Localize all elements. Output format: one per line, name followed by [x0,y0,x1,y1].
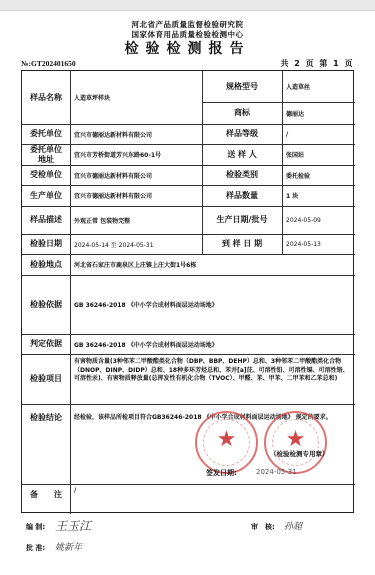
grade-label: 样品等级 [202,124,282,144]
quantity-label: 样品数量 [202,185,282,206]
producer-label: 生产单位 [22,185,70,206]
test-basis-label: 检验依据 [22,275,70,334]
inspected-unit-value: 宜兴市德丽达新材料有限公司 [70,165,202,185]
spec-value: 人造草丝 [282,71,355,102]
test-basis-value: GB 36246-2018 《中小学合成材料面层运动场地》 [70,275,355,334]
issue-date-value: 2024-05-31 [256,468,297,476]
client-address-label-line1: 委托单位 [30,145,62,155]
official-seal-stamp: ★ [195,411,258,474]
arrival-date-value: 2024-05-13 [282,234,355,254]
test-type-label: 检验类别 [202,165,282,185]
viewer-top-bar [0,0,375,11]
location-label: 检验地点 [22,254,70,275]
client-address-label: 委托单位 地址 [22,144,70,165]
reviewer-label: 审 核: [251,522,275,532]
report-table: 样品名称 人造草坪样块 规格型号 人造草丝 商标 德丽达 委托单位 宜兴市德丽达… [21,70,354,513]
remarks-label: 备 注 [22,484,70,514]
approver-label: 批 准: [26,543,45,553]
spec-label: 规格型号 [202,71,282,102]
description-label: 样品描述 [22,206,70,234]
grade-value: / [282,124,355,144]
brand-value: 德丽达 [282,102,355,124]
brand-label: 商标 [202,102,282,124]
test-items-value: 有害物质含量(3种邻苯二甲酸酯类化合物（DBP、BBP、DEHP）总和、3种邻苯… [70,354,355,404]
report-title: 检验检测报告 [0,38,375,58]
client-value: 宜兴市德丽达新材料有限公司 [70,124,202,144]
issue-date-label: 签发日期: [206,468,237,478]
sender-label: 送 样 人 [202,144,282,165]
producer-value: 宜兴市德丽达新材料有限公司 [70,185,202,206]
description-value: 外观正常 包装物完整 [70,206,202,234]
remarks-value: / [70,484,355,514]
conclusion-label: 检验结论 [22,408,70,428]
compiler-label: 编 制: [26,522,45,532]
sender-value: 张国站 [282,144,355,165]
sample-name-label: 样品名称 [22,71,70,124]
test-date-label: 检验日期 [22,234,70,254]
page-indicator: 共 2 页 第 1 页 [280,58,354,69]
judgement-basis-value: GB 36246-2018 《中小学合成材料面层运动场地》 [70,334,355,354]
client-address-value: 宜兴市芳桥街道芳兴东路60-1号 [70,144,202,165]
test-items-label: 检验项目 [22,354,70,404]
inspection-seal-stamp: ★ [264,411,327,474]
judgement-basis-label: 判定依据 [22,334,70,354]
sample-name-value: 人造草坪样块 [70,71,202,124]
report-number: №:GT202401650 [21,59,76,68]
compiler-signature: 王玉江 [55,517,91,534]
seal-note: （检验检测专用章） [270,449,329,458]
quantity-value: 1 块 [282,185,355,206]
approver-signature: 姚新年 [55,540,82,553]
inspected-unit-label: 受检单位 [22,165,70,185]
arrival-date-label: 到 样 日 期 [202,234,282,254]
test-type-value: 委托检验 [282,165,355,185]
client-label: 委托单位 [22,124,70,144]
location-value: 河北省石家庄市鹿泉区上庄镇上庄大街1号6栋 [70,254,355,275]
production-date-label: 生产日期/批号 [202,206,282,234]
reviewer-signature: 孙超 [284,519,302,532]
production-date-value: 2024-05-09 [282,206,355,234]
client-address-label-line2: 地址 [38,155,54,165]
star-icon: ★ [197,427,256,452]
test-date-value: 2024-05-14 至 2024-05-31 [70,234,202,254]
